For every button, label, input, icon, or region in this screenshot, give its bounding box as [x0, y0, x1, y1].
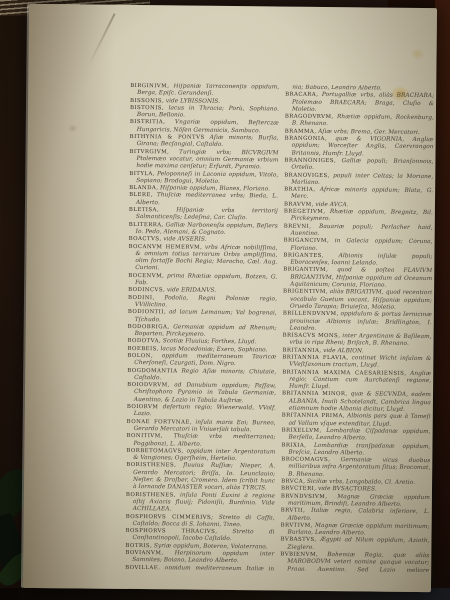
gazetteer-entry: BVBIENVM, Bohemiæ Regia, quæ aliàs MAROB… [280, 552, 429, 573]
entry-lemma: BRILLENDVNVM [283, 311, 337, 318]
gazetteer-entry: BRISACVS MONS, inter Argentinam & Baſile… [282, 333, 431, 349]
entry-lemma: BODOTVA [128, 338, 159, 344]
gazetteer-entry: BONITIVM, Thuſciæ vrbs mediterranea; Pog… [126, 433, 275, 449]
entry-lemma: BLERE [129, 192, 151, 198]
gazetteer-entry: BRIGANCIVM, in Galecia oppidum; Coruna, … [283, 238, 432, 254]
gazetteer-entry: BORISTHENES, fluuius Ruſſiæ; Nieper, A. … [126, 462, 275, 493]
gazetteer-entry: BONAE FORTVNAE, inſula maris Eoi; Burneo… [127, 419, 276, 435]
entry-text: , vide AVSERIS. [159, 236, 206, 242]
entry-lemma: BONAE FORTVNAE [127, 419, 190, 426]
entry-lemma: BISSONIS [130, 98, 162, 104]
gazetteer-entry: BITYLA, Peloponneſi in Laconia oppidum, … [129, 171, 278, 187]
book-photo: BIRGINIVM, Hiſpaniæ Tarraconenſis oppidu… [0, 0, 450, 600]
entry-text: , vide AVCA. [312, 202, 349, 208]
entry-lemma: BRANOVIGES [284, 172, 327, 178]
entry-text: , Thuſciæ mediterranea vrbs; Bieda, L. A… [136, 193, 278, 206]
gazetteer-entry: BISTONIS, lacus in Thracia; Porù, Sophia… [130, 105, 279, 121]
entry-lemma: BRITANNIA MINOR [282, 391, 345, 398]
entry-lemma: BOCANVM HEMERVM [129, 243, 201, 250]
gazetteer-entry: BRIGENTIVM, aliàs BRIGATIVM, quod recent… [283, 289, 432, 312]
entry-text: , Hiſpaniæ vrbs territorij Salmanticenſi… [136, 207, 278, 221]
entry-lemma: BODIONTII [128, 309, 164, 315]
entry-lemma: BORISTHENES [126, 492, 174, 499]
gazetteer-entry: BREGETIVM, Rhætiæ oppidum, Bregnitz, Bil… [284, 209, 433, 225]
entry-lemma: BRIGANCIVM [284, 238, 327, 244]
gazetteer-entry: BRIXELLVM, Lombardiæ Ciſpadanæ oppidum, … [281, 428, 430, 444]
entry-lemma: BOTRIS [125, 543, 150, 549]
entry-lemma: BODINCVS [128, 287, 163, 293]
entry-lemma: BVBIENVM [280, 552, 316, 558]
entry-lemma: BORISTHENES [126, 462, 174, 469]
entry-lemma: BLETISA [129, 207, 157, 213]
gazetteer-entry: BRITANNIA PRIMA, Albionis pars quæ à Tam… [282, 413, 431, 429]
column-right: nia; Babuco, Leandro Alberto.BRACARA, Po… [280, 85, 434, 573]
gazetteer-entry: BODOBRIGA, Germaniæ oppidum ad Rhenum; B… [128, 324, 277, 340]
entry-lemma: BLANDA [129, 185, 156, 191]
gazetteer-entry: BRATHIA, Africæ minoris oppidum; Blata, … [284, 187, 433, 203]
entry-lemma: BOACTVS [129, 236, 160, 242]
gazetteer-entry: BITHYNIA & PONTVS Aſiæ minoris; Burſia, … [130, 134, 279, 150]
gazetteer-entry: BOLON, oppidum mediterraneum Tauricæ Che… [127, 353, 276, 369]
entry-text: , Aſiæ vrbs; Brema, Ger. Mercatori. [314, 129, 420, 136]
entry-text: , Peloponneſi in Laconia oppidum, Vitolo… [136, 171, 278, 185]
entry-lemma: BOSPHORVS CIMMERIVS [126, 513, 212, 520]
entry-text: , Lombardiæ tranſpadanæ oppidum, Breſcia… [288, 442, 430, 456]
entry-lemma: BODOBRIGA [128, 324, 168, 330]
entry-text: , vide ALBION. [319, 348, 363, 354]
gazetteer-entry: BOSPHORVS THRACIVS, Stretto di Conſtanti… [125, 528, 274, 544]
gazetteer-entry: BRANGONIA, quæ & VIGORNIA, Angliæ oppidu… [284, 136, 433, 159]
gazetteer-entry: BRITANNIA MINOR, quæ & SECVNDA, eadem AL… [282, 391, 431, 414]
gazetteer-entry: BLERE, Thuſciæ mediterranea vrbs; Bieda,… [129, 192, 278, 208]
gazetteer-entry: BOCANVM HEMERVM, vrbs Africæ nobiliſſima… [128, 243, 277, 274]
book-page: BIRGINIVM, Hiſpaniæ Tarraconenſis oppidu… [23, 4, 437, 592]
entry-lemma: BRVTII [281, 508, 303, 514]
gazetteer-entry: BLETISA, Hiſpaniæ vrbs territorij Salman… [129, 207, 278, 223]
entry-lemma: BOVILLAE [125, 565, 158, 571]
entry-lemma: BITHYNIA & PONTVS [130, 134, 205, 141]
entry-lemma: BRIGANTIVM [283, 267, 326, 273]
entry-lemma: BOCENVM [128, 273, 162, 279]
entry-lemma: BOIORVM [127, 404, 159, 410]
entry-lemma: BISTONIS [130, 105, 162, 111]
gazetteer-entry: BREVNI, Bauariæ populi; Perlacher haid, … [284, 223, 433, 239]
gazetteer-entry: BOSPHORVS CIMMERIVS; Stretto di Caffa, C… [126, 513, 275, 529]
entry-lemma: BRISACVS MONS [283, 333, 339, 340]
entry-lemma: BITVRGIVM [129, 149, 167, 155]
gazetteer-entry: BVBASTVS, Ægypti ad Nilum oppidum, Aziot… [280, 537, 429, 553]
gazetteer-entry: BRAGODVRVM, Rhætiæ oppidum, Rockenburg, … [285, 114, 434, 130]
column-left: BIRGINIVM, Hiſpaniæ Tarraconenſis oppidu… [125, 83, 279, 571]
entry-text: nia; Babuco, Leandro Alberto. [292, 85, 382, 92]
paper-stain [411, 48, 425, 60]
entry-lemma: BRIXELLVM [282, 428, 320, 434]
gazetteer-entry: BIRGINIVM, Hiſpaniæ Tarraconenſis oppidu… [130, 83, 279, 99]
gazetteer-entry: BODINI, Podolia, Regni Poloniæ regio, VV… [128, 295, 277, 311]
gazetteer-entry: BOVIANVM, Herpinorum oppidum inter Samni… [125, 550, 274, 566]
entry-lemma: BLITERRA [129, 222, 162, 228]
gazetteer-entry: BOIORVM deſertum regio; Wienerwald, VVol… [127, 404, 276, 420]
gazetteer-entry: BRILLENDVNVM, oppidulum & portus Iernici… [283, 311, 432, 334]
entry-text: , Italiæ regio, Calabria inferiore, L. A… [288, 508, 430, 521]
entry-lemma: BRATHIA [284, 187, 313, 193]
entry-lemma: BOIODVRVM [127, 382, 168, 388]
entry-lemma: BROCOMAGVS [281, 457, 328, 463]
gazetteer-entry: BORBETOMAGVS, oppidum inter Argentoratum… [126, 448, 275, 464]
entry-lemma: BONITIVM [127, 433, 161, 439]
entry-lemma: BRAMMA [285, 128, 315, 134]
gazetteer-entry: BRVNDVSIVM, Magnæ Græciæ oppidum maritim… [281, 493, 430, 509]
entry-lemma: BRITANNIA FLAVIA [282, 355, 346, 362]
entry-lemma: BRANNONIGES [284, 158, 334, 165]
paper-crease [88, 13, 116, 66]
entry-lemma: BOSPHORVS THRACIVS [126, 528, 216, 535]
entry-text: , vide BVSACTORES. [314, 486, 377, 493]
entry-text: , Africæ minoris oppidum; Blata, G. Merc… [291, 187, 433, 200]
entry-lemma: BRAGODVRVM [285, 114, 332, 120]
gazetteer-entry: BOCENVM, prima Rhætiæ oppidum, Botzen, G… [128, 273, 277, 289]
gazetteer-entry: BROCOMAGVS, Germaniæ vicus duobus millia… [281, 457, 430, 480]
gazetteer-text-block: BIRGINIVM, Hiſpaniæ Tarraconenſis oppidu… [125, 83, 434, 572]
entry-text: , vide ERIDANVS. [163, 288, 216, 295]
gazetteer-entry: BRITANNIA MAXIMA CAESARIENSIS, Angliæ re… [282, 369, 431, 392]
background-cover-right [435, 0, 450, 600]
entry-text: , lacus Macedoniæ; Exero, Sophiano. [157, 346, 268, 353]
entry-text: , vide LYBISSONIS. [162, 98, 220, 105]
entry-lemma: BORBETOMAGVS [126, 448, 181, 455]
gazetteer-entry: BRIGANTIVM, quod & poſtea FLAVIVM BRIGAN… [283, 267, 432, 290]
entry-text: , Bauariæ populi; Perlacher haid, Auenti… [291, 223, 433, 236]
entry-lemma: BRVNDVSIVM [281, 493, 325, 499]
gazetteer-entry: BLITERRA, Galliæ Narbonenſis oppidum, Be… [129, 222, 278, 238]
entry-lemma: BOVIANVM [125, 550, 161, 556]
entry-lemma: BRVCA [281, 479, 303, 485]
entry-lemma: BREVNI [284, 223, 309, 229]
entry-text: , Syriæ oppidum, Boteron, Volaterrano. [150, 543, 268, 550]
entry-lemma: BREGETIVM [284, 209, 323, 215]
gazetteer-entry: BOVILLAE, oppidum mediterraneum Italiæ i… [125, 565, 274, 573]
entry-text: , oppidum mediterraneum Tauricæ Cherſone… [134, 353, 276, 367]
entry-lemma: BVBASTVS [280, 537, 314, 543]
entry-lemma: BIRGINIVM [130, 83, 167, 89]
entry-lemma: BRIGENTIVM [283, 289, 326, 295]
entry-lemma: BOLON [127, 353, 151, 359]
entry-text: , Scotiæ Fluuius; Forthes, Lluyd. [159, 339, 257, 346]
entry-lemma: BRAVVM [284, 201, 312, 207]
gazetteer-entry: BODIONTII, ad lacum Lemanum; Val bogrena… [128, 309, 277, 325]
gazetteer-entry: BRVTIVM, Magnæ Græciæ oppidum maritimum;… [281, 522, 430, 538]
gazetteer-entry: BOGDOMANTIA Regio Aſiæ minoris; Chiutaie… [127, 368, 276, 384]
entry-text: , Hiſpaniæ oppidum, Blanes, Floriano. [156, 185, 270, 192]
gazetteer-entry: BORISTHENES, inſula Ponti Euxini à regio… [126, 492, 275, 515]
entry-lemma: BRACARA [285, 92, 316, 98]
entry-lemma: BOGDOMANTIA [127, 368, 177, 375]
gazetteer-entry: BRANOVIGES, populi inter Celtas; la Mori… [284, 172, 433, 188]
entry-lemma: BOEBEIS [127, 346, 156, 352]
gazetteer-entry: BRIGANTES, Albionis inſulæ populi; Ebora… [283, 252, 432, 268]
entry-lemma: BRIXIA [281, 442, 304, 448]
gazetteer-entry: BRIXIA, Lombardiæ tranſpadanæ oppidum, B… [281, 442, 430, 458]
entry-lemma: BRITANNIA [282, 347, 319, 353]
gazetteer-entry: BOIODVRVM, ad Danubium oppidum; Paſſaw, … [127, 382, 276, 405]
entry-lemma: BRVTIVM [281, 522, 311, 528]
gutter-shadow [23, 4, 115, 589]
gazetteer-entry: BRACARA, Portugalliæ vrbs, aliàs BRACHAR… [285, 92, 434, 115]
entry-text: , Siciliæ vrbs, Longobaldo, Cl. Aretio. [303, 479, 415, 486]
entry-text: , Podolia, Regni Poloniæ regio, VVillicl… [135, 295, 277, 308]
entry-lemma: BRIGANTES [283, 252, 321, 258]
entry-lemma: BRANGONIA [285, 136, 325, 142]
gazetteer-entry: BITVRGIVM, Turingiæ vrbs; BICVRGIVM Ptol… [129, 149, 278, 172]
gazetteer-entry: BISTRITIA, Vngariæ oppidum, Beſterczæ Hu… [130, 119, 279, 135]
entry-lemma: BODINI [128, 295, 153, 301]
entry-lemma: BISTRITIA [130, 119, 163, 125]
gazetteer-entry: BRITANNIA FLAVIA, continet Wicht inſulam… [282, 355, 431, 371]
entry-lemma: BRITANNIA PRIMA [282, 413, 343, 420]
entry-lemma: BITYLA [129, 171, 152, 177]
entry-lemma: BRITANNIA MAXIMA CAESARIENSIS [282, 369, 404, 376]
gazetteer-entry: BRANNONIGES, Galliæ populi; Brianſonnois… [284, 158, 433, 174]
gazetteer-entry: BRVTII, Italiæ regio, Calabria inferiore… [281, 508, 430, 524]
paper-stain [68, 124, 78, 132]
entry-lemma: BRVCTERI [281, 486, 314, 492]
